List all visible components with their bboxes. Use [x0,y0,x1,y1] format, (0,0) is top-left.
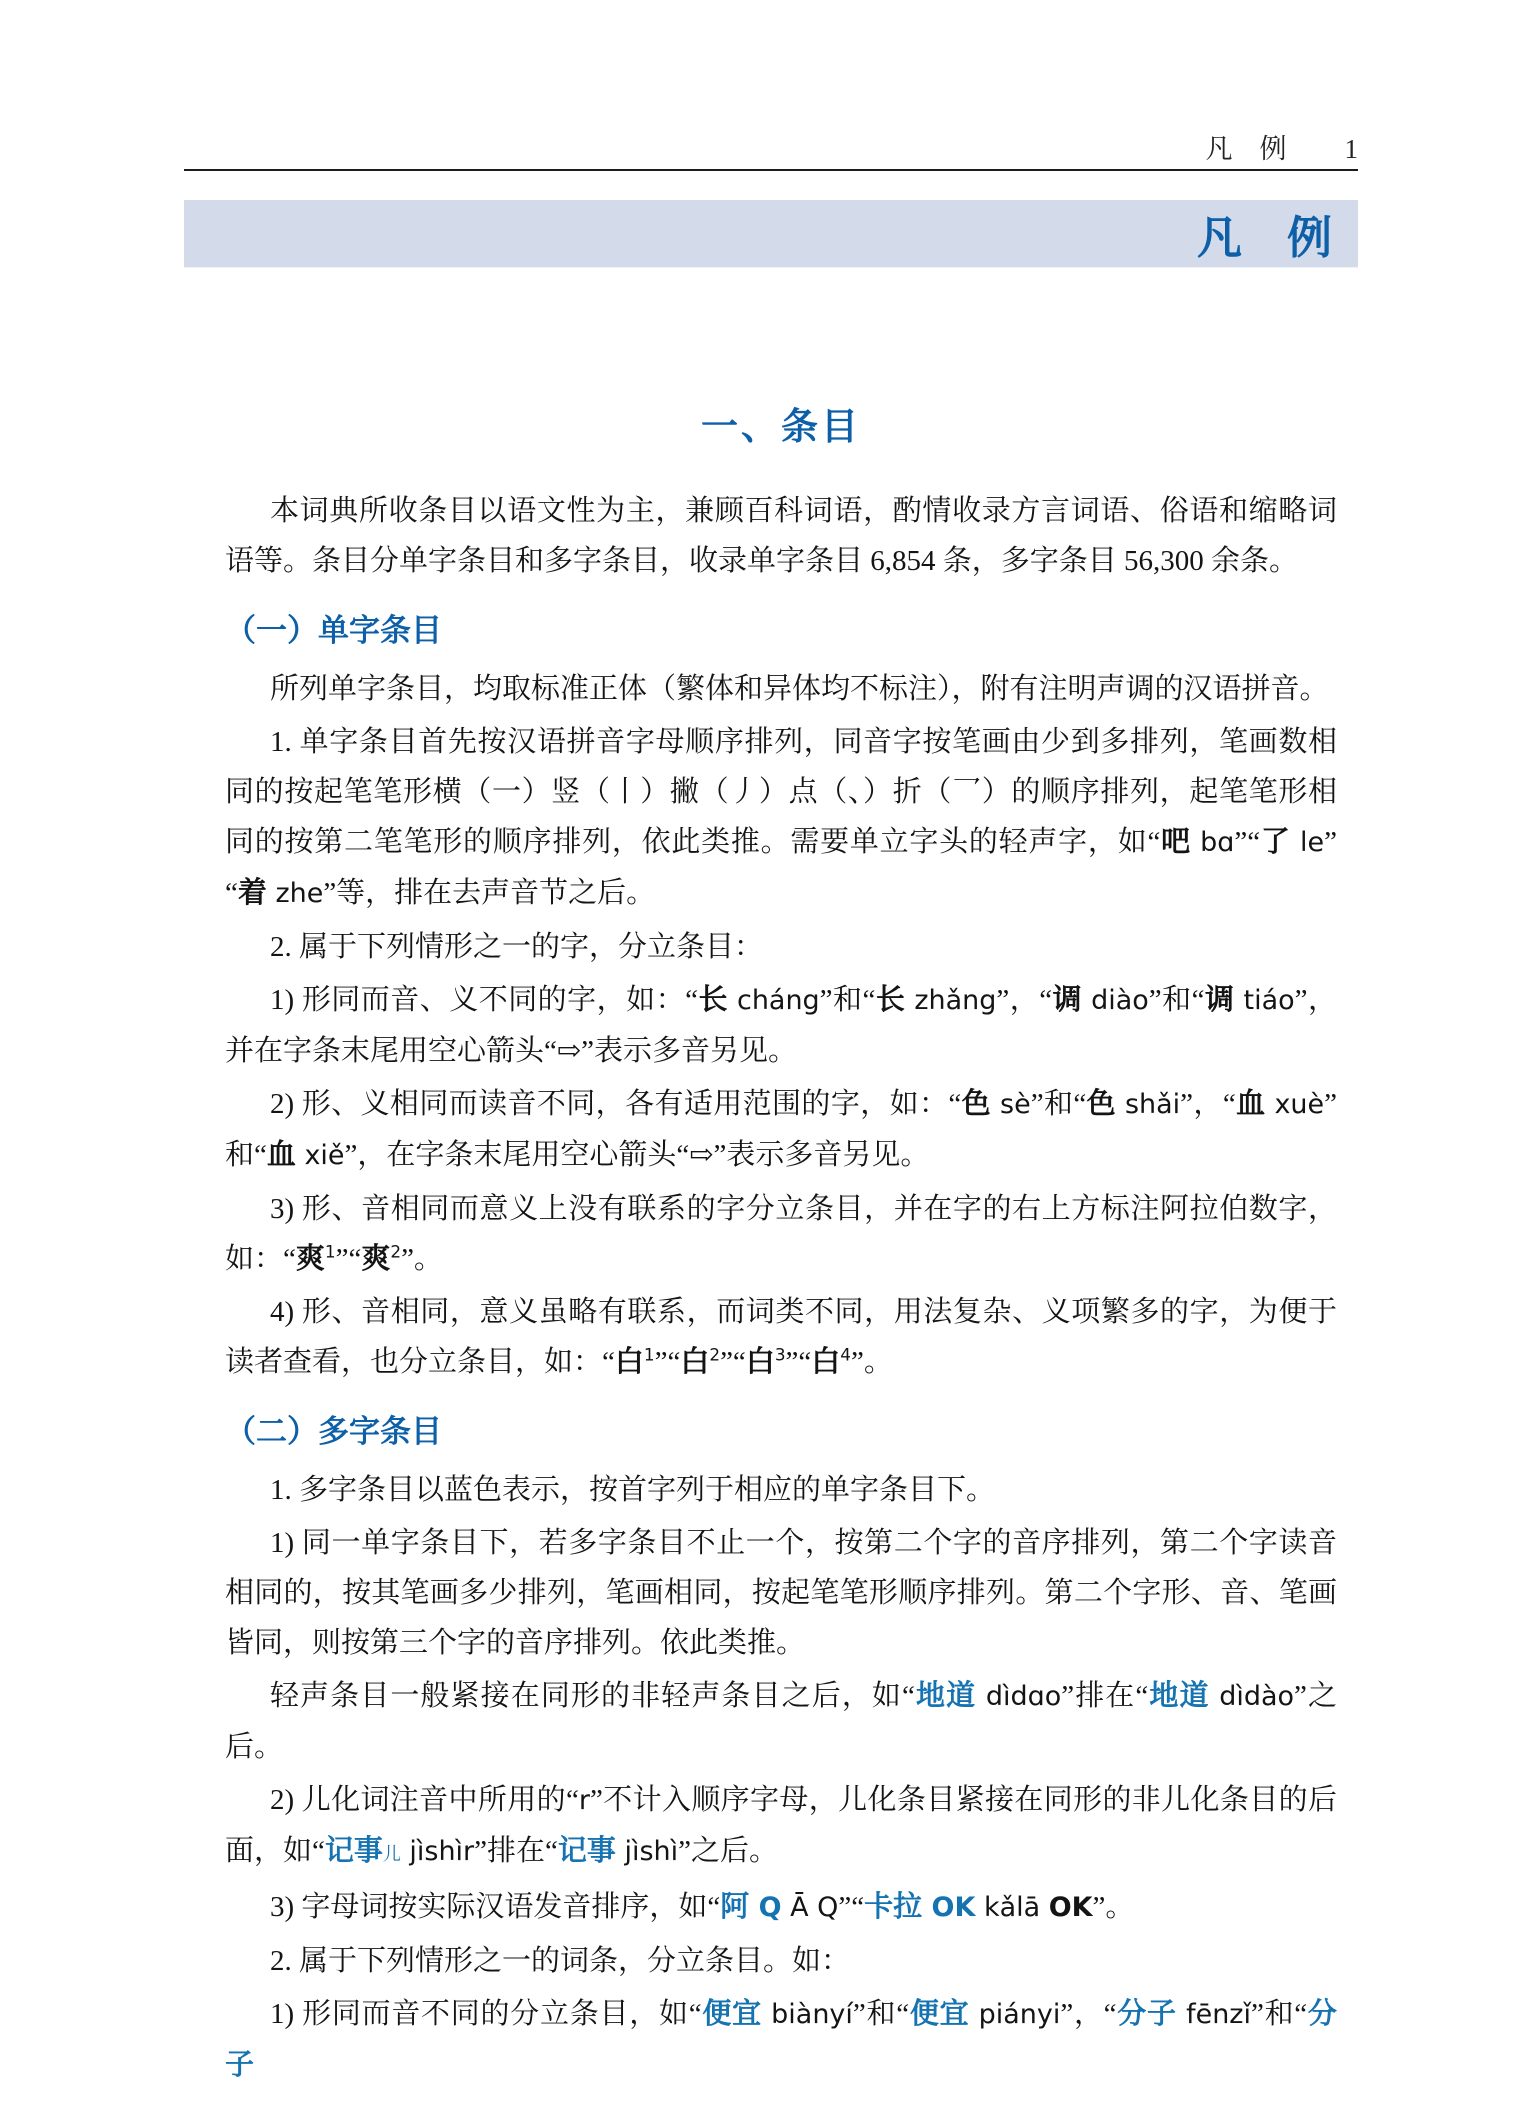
pinyin-run: cháng [728,985,820,1016]
text-run: ”，“ [1060,1998,1116,2030]
pinyin-run: xuè [1265,1089,1324,1120]
chapter-banner-title: 凡 例 [1197,201,1332,266]
text-run: ”和“ [1149,984,1205,1016]
text-run: ”。 [1093,1891,1135,1923]
text-run: 调 [1052,984,1082,1016]
pinyin-run: xiě [296,1140,345,1171]
pinyin-run: diào [1082,985,1149,1016]
pinyin-run: bɑ [1191,827,1235,858]
running-header: 凡 例1 [184,132,1358,166]
text-run: ”等，排在去声音节之后。 [323,877,655,909]
text-run: ”“ [838,1891,864,1923]
entry-word: 记事 [558,1835,616,1867]
homograph-superscript: 4 [840,1344,851,1364]
text-run: ”。 [851,1346,893,1378]
paragraph: 2) 形、义相同而读音不同，各有适用范围的字，如：“色 sè”和“色 shǎi”… [225,1079,1337,1181]
paragraph: 1) 同一单字条目下，若多字条目不止一个，按第二个字的音序排列，第二个字读音相同… [225,1518,1337,1668]
text-run: 吧 [1160,826,1191,858]
text-run: ”“ [720,1346,746,1378]
text-run: ”，在字条末尾用空心箭头“⇨”表示多音另见。 [345,1139,930,1171]
text-run: 2) 儿化词注音中所用的“ [270,1784,579,1816]
text-run: 长 [875,984,905,1016]
pinyin-run: zhe [267,878,323,909]
paragraph: 所列单字条目，均取标准正体（繁体和异体均不标注），附有注明声调的汉语拼音。 [225,664,1337,714]
entry-word: 便宜 [909,1998,969,2030]
homograph-superscript: 3 [775,1344,786,1364]
pinyin-run: sè [991,1089,1031,1120]
running-header-title: 凡 例 [1206,134,1287,164]
text-run: （二）多字条目 [225,1414,442,1449]
paragraph: 1. 单字条目首先按汉语拼音字母顺序排列，同音字按笔画由少到多排列，笔画数相同的… [225,717,1337,919]
text-run: 2. 属于下列情形之一的词条，分立条目。如： [270,1945,850,1977]
pinyin-run: OK [1049,1892,1093,1923]
text-run: 色 [1086,1088,1116,1120]
text-run: 1. 多字条目以蓝色表示，按首字列于相应的单字条目下。 [270,1474,995,1506]
text-run: 色 [961,1088,991,1120]
entry-word: 分子 [1117,1998,1177,2030]
text-run: 轻声条目一般紧接在同形的非轻声条目之后，如“ [270,1680,915,1712]
text-run: 1) 形同而音、义不同的字，如：“ [270,984,698,1016]
text-run: 白 [746,1346,775,1378]
homograph-superscript: 2 [390,1241,401,1261]
text-run: 1) 形同而音不同的分立条目，如“ [270,1998,702,2030]
pinyin-run: zhǎng [905,985,996,1016]
text-run: ”和“ [1031,1088,1087,1120]
text-run: 了 [1260,826,1291,858]
pinyin-run: Ā Q [782,1892,839,1923]
paragraph: 4) 形、音相同，意义虽略有联系，而词类不同，用法复杂、义项繁多的字，为便于读者… [225,1287,1337,1387]
subsection-title: （一）单字条目 [225,610,1337,652]
text-run: 血 [1236,1088,1266,1120]
paragraph: 轻声条目一般紧接在同形的非轻声条目之后，如“地道 dìdɑo”排在“地道 dìd… [225,1671,1337,1772]
paragraph: 2) 儿化词注音中所用的“r”不计入顺序字母，儿化条目紧接在同形的非儿化条目的后… [225,1775,1337,1879]
text-run: 着 [238,877,267,909]
text-run: 白 [811,1346,840,1378]
pinyin-run: jìshì [616,1836,678,1867]
pinyin-run: tiáo [1234,985,1294,1016]
text-run: 爽 [361,1243,390,1275]
pinyin-run: r [579,1785,590,1816]
paragraph: 2. 属于下列情形之一的词条，分立条目。如： [225,1936,1337,1986]
text-run: ”和“ [1251,1998,1307,2030]
text-run: ”排在“ [474,1835,558,1867]
header-rule [184,169,1358,171]
text-run: ”“ [1234,826,1260,858]
text-run: 4) 形、音相同，意义虽略有联系，而词类不同，用法复杂、义项繁多的字，为便于读者… [225,1296,1337,1378]
text-run: 2) 形、义相同而读音不同，各有适用范围的字，如：“ [270,1088,961,1120]
homograph-superscript: 2 [709,1344,720,1364]
entry-word: 地道 [915,1680,976,1712]
text-run: 3) 字母词按实际汉语发音排序，如“ [270,1891,720,1923]
erhua-mark: 儿 [383,1844,401,1864]
entry-word: 阿 [720,1891,749,1923]
text-run: 长 [698,984,728,1016]
paragraph: 3) 字母词按实际汉语发音排序，如“阿 Q Ā Q”“卡拉 OK kǎlā OK… [225,1882,1337,1933]
text-run: 3) 形、音相同而意义上没有联系的字分立条目，并在字的右上方标注阿拉伯数字，如：… [225,1193,1337,1275]
pinyin-run: jìshìr [401,1836,474,1867]
document-body: 一、条目本词典所收条目以语文性为主，兼顾百科词语，酌情收录方言词语、俗语和缩略词… [225,398,1337,2093]
entry-word: OK [922,1892,975,1923]
pinyin-run: dìdào [1210,1681,1294,1712]
text-run: 本词典所收条目以语文性为主，兼顾百科词语，酌情收录方言词语、俗语和缩略词语等。条… [225,495,1337,577]
homograph-superscript: 1 [325,1241,336,1261]
text-run: 一、条目 [701,406,861,447]
subsection-title: （二）多字条目 [225,1411,1337,1453]
entry-word: 记事 [325,1835,383,1867]
paragraph: 本词典所收条目以语文性为主，兼顾百科词语，酌情收录方言词语、俗语和缩略词语等。条… [225,486,1337,586]
paragraph: 1. 多字条目以蓝色表示，按首字列于相应的单字条目下。 [225,1465,1337,1515]
text-run: ”和“ [853,1998,909,2030]
paragraph: 3) 形、音相同而意义上没有联系的字分立条目，并在字的右上方标注阿拉伯数字，如：… [225,1184,1337,1284]
pinyin-run: piányi [969,1999,1060,2030]
text-run: （一）单字条目 [225,613,442,648]
homograph-superscript: 1 [644,1344,655,1364]
pinyin-run: kǎlā [975,1892,1048,1923]
paragraph: 2. 属于下列情形之一的字，分立条目： [225,922,1337,972]
pinyin-run: dìdɑo [976,1681,1061,1712]
text-run: ”。 [401,1243,443,1275]
text-run: ”“ [655,1346,681,1378]
entry-word: Q [749,1892,781,1923]
text-run: ”，“ [1180,1088,1236,1120]
text-run: 1) 同一单字条目下，若多字条目不止一个，按第二个字的音序排列，第二个字读音相同… [225,1527,1337,1659]
text-run: ”“ [786,1346,812,1378]
text-run: ”排在“ [1061,1680,1148,1712]
text-run: 血 [267,1139,296,1171]
dictionary-guide-page: 凡 例1 凡 例 一、条目本词典所收条目以语文性为主，兼顾百科词语，酌情收录方言… [0,0,1517,2109]
text-run: ”，“ [996,984,1052,1016]
entry-word: 地道 [1148,1680,1209,1712]
text-run: 调 [1205,984,1235,1016]
paragraph: 1) 形同而音、义不同的字，如：“长 cháng”和“长 zhǎng”，“调 d… [225,975,1337,1076]
text-run: ”之后。 [678,1835,778,1867]
entry-word: 便宜 [702,1998,762,2030]
entry-word: 卡拉 [864,1891,922,1923]
pinyin-run: biànyí [762,1999,853,2030]
page-number: 1 [1345,132,1359,166]
paragraph: 1) 形同而音不同的分立条目，如“便宜 biànyí”和“便宜 piányi”，… [225,1989,1337,2090]
chapter-banner: 凡 例 [184,200,1358,268]
text-run: 白 [615,1346,644,1378]
pinyin-run: shǎi [1116,1089,1180,1120]
text-run: 爽 [296,1243,325,1275]
text-run: ”和“ [820,984,876,1016]
text-run: 所列单字条目，均取标准正体（繁体和异体均不标注），附有注明声调的汉语拼音。 [270,673,1329,705]
text-run: 2. 属于下列情形之一的字，分立条目： [270,931,763,963]
section-title: 一、条目 [225,404,1337,450]
text-run: ”“ [336,1243,362,1275]
text-run: 白 [680,1346,709,1378]
pinyin-run: le [1291,827,1324,858]
pinyin-run: fēnzǐ [1177,1999,1251,2030]
